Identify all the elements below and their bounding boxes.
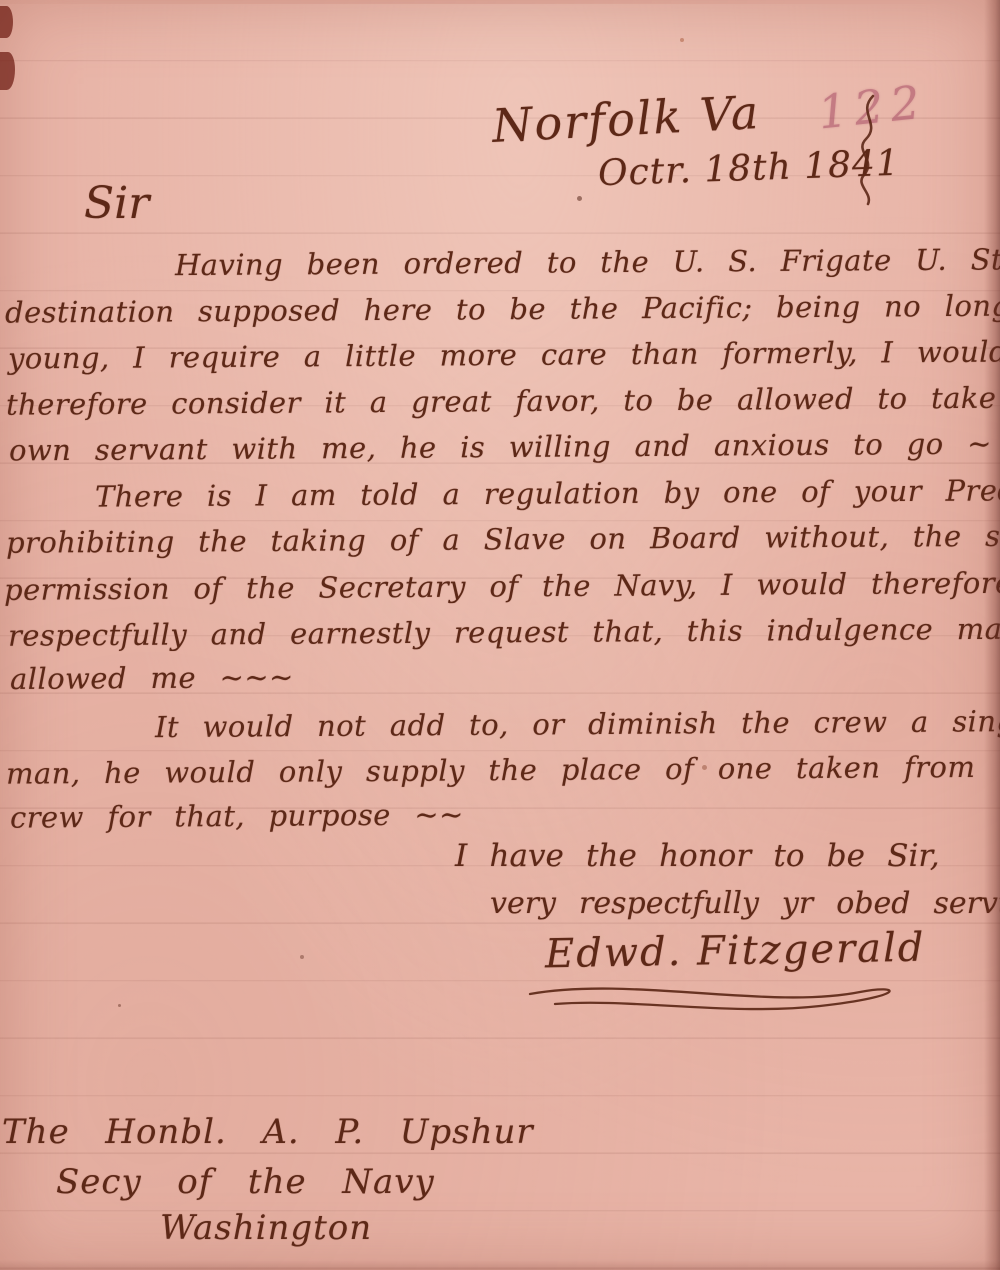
closing-respect-line: very respectfully yr obed servt [490, 886, 1000, 921]
letter-page: 122 Norfolk Va Octr. 18th 1841 Sir Havin… [0, 0, 1000, 1270]
letter-line: crew for that, purpose ~~ [10, 797, 464, 834]
letter-line: man, he would only supply the place of o… [6, 749, 1000, 790]
page-edge-shadow [0, 1260, 1000, 1270]
paper-edge-mark [0, 52, 15, 90]
ink-speck [577, 196, 582, 201]
closing-honor-line: I have the honor to be Sir, [455, 838, 940, 874]
ink-speck [118, 1004, 121, 1007]
letter-line: young, I require a little more care than… [8, 335, 1000, 376]
letter-line: prohibiting the taking of a Slave on Boa… [6, 518, 1000, 560]
letter-line: therefore consider it a great favor, to … [6, 380, 1000, 421]
ink-speck [300, 955, 304, 959]
address-city: Washington [160, 1208, 372, 1248]
letter-line: There is I am told a regulation by one o… [95, 472, 1000, 513]
address-title: Secy of the Navy [56, 1162, 435, 1202]
letter-line: destination supposed here to be the Paci… [5, 288, 1000, 329]
ink-speck [680, 38, 684, 42]
letter-line: respectfully and earnestly request that,… [8, 611, 1000, 652]
paper-edge-mark [0, 6, 13, 38]
letter-line: own servant with me, he is willing and a… [9, 427, 992, 468]
letter-line: Having been ordered to the U. S. Frigate… [175, 242, 1000, 282]
page-edge-shadow [984, 0, 1000, 1270]
letter-line: It would not add to, or diminish the cre… [155, 704, 1000, 744]
signature-flourish [520, 968, 920, 1020]
salutation: Sir [84, 178, 149, 229]
letter-line: allowed me ~~~ [10, 660, 294, 696]
letter-line: permission of the Secretary of the Navy,… [4, 565, 1000, 607]
address-recipient: The Honbl. A. P. Upshur [2, 1112, 534, 1152]
dateline-brace [845, 92, 887, 212]
dateline-place: Norfolk Va [491, 85, 762, 153]
ink-speck [702, 765, 707, 770]
